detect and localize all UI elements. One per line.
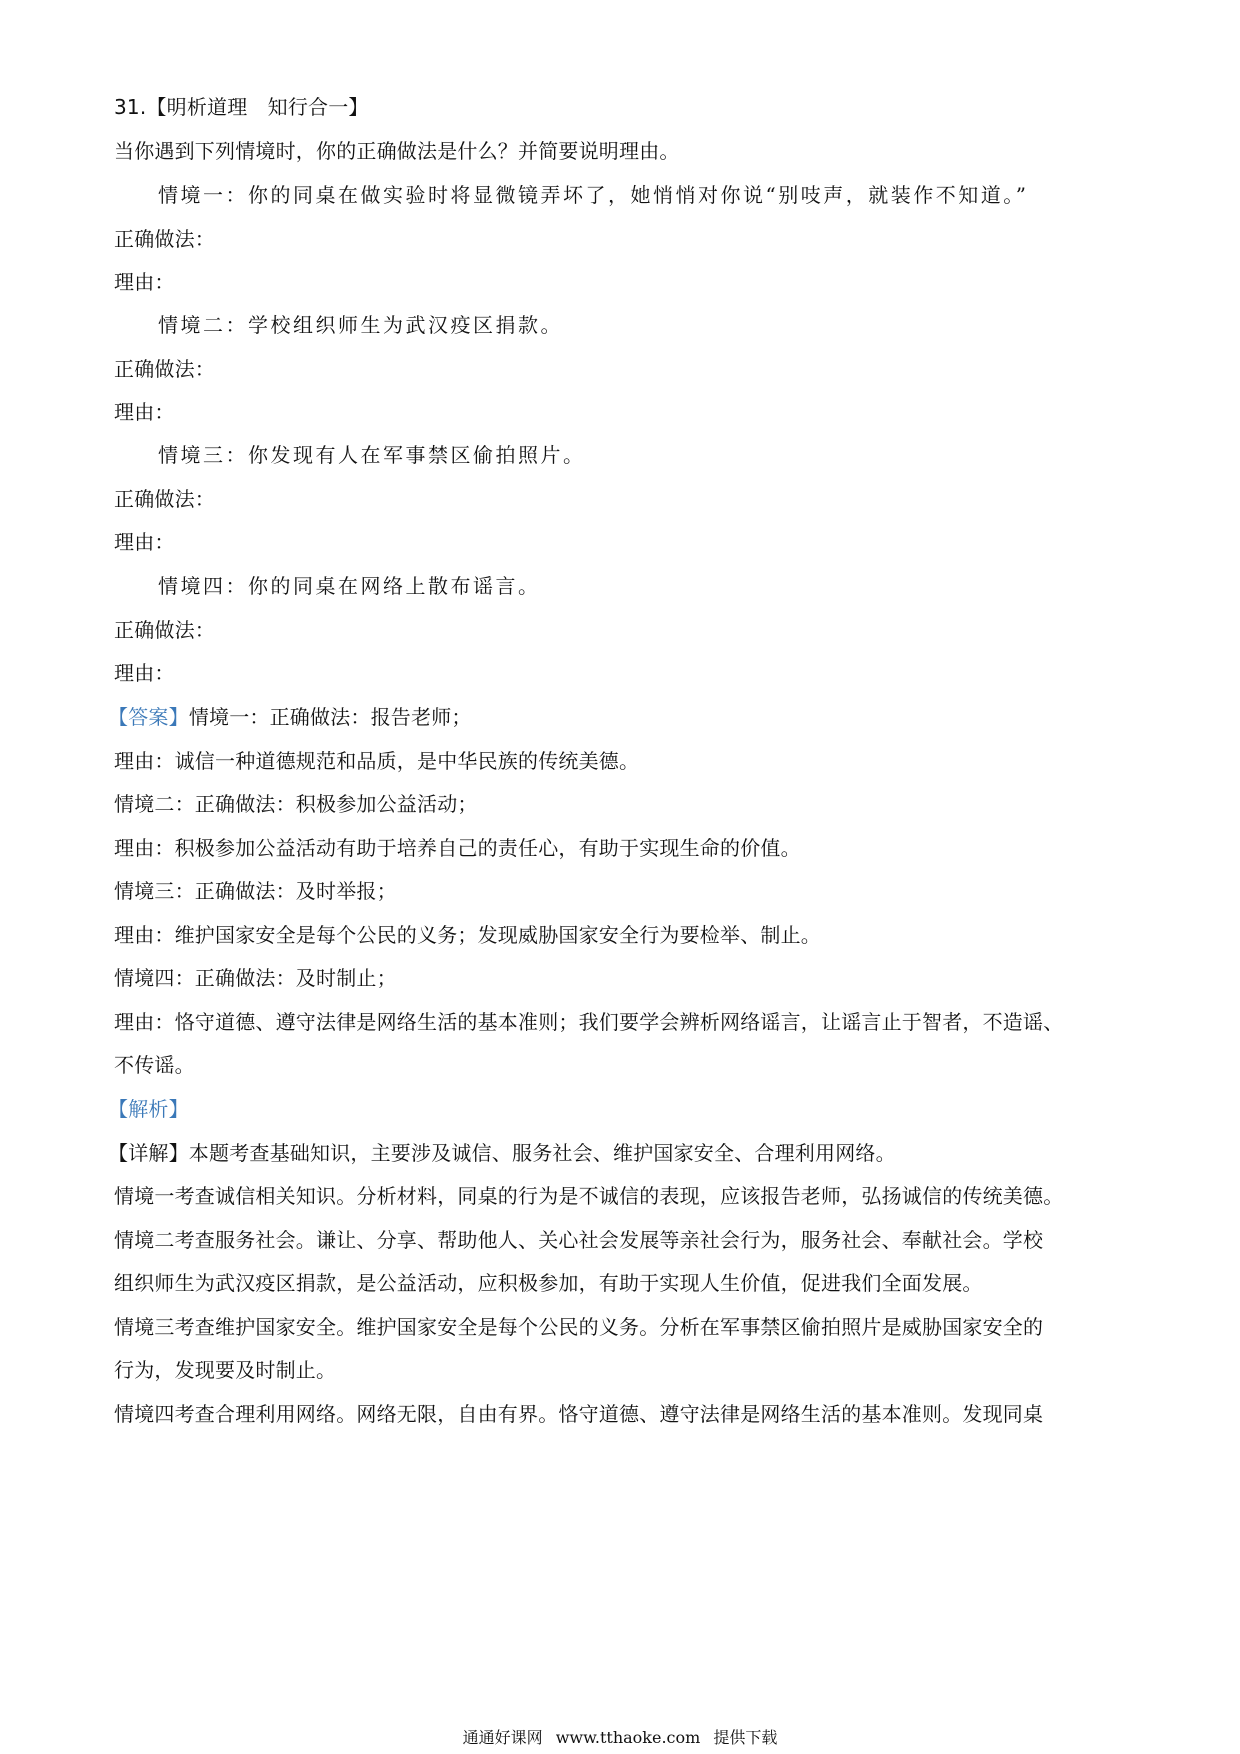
answer-line-2: 理由：诚信一种道德规范和品质，是中华民族的传统美德。 bbox=[114, 747, 639, 775]
scenario-3-reason-label: 理由： bbox=[114, 528, 175, 556]
analysis-line-2: 情境一考查诚信相关知识。分析材料，同桌的行为是不诚信的表现，应该报告老师，弘扬诚… bbox=[114, 1182, 1063, 1210]
scenario-4-text: 情境四：你的同桌在网络上散布谣言。 bbox=[158, 572, 541, 600]
answer-line-3: 情境二：正确做法：积极参加公益活动； bbox=[114, 790, 478, 818]
analysis-line-1: 【详解】本题考查基础知识，主要涉及诚信、服务社会、维护国家安全、合理利用网络。 bbox=[108, 1139, 896, 1167]
scenario-4-practice-label: 正确做法： bbox=[114, 616, 215, 644]
scenario-2-reason-label: 理由： bbox=[114, 398, 175, 426]
answer-line-6: 理由：维护国家安全是每个公民的义务；发现威胁国家安全行为要检举、制止。 bbox=[114, 921, 821, 949]
scenario-3-practice-label: 正确做法： bbox=[114, 485, 215, 513]
analysis-line-3: 情境二考查服务社会。谦让、分享、帮助他人、关心社会发展等亲社会行为，服务社会、奉… bbox=[114, 1226, 1043, 1254]
footer-url[interactable]: www.tthaoke.com bbox=[556, 1728, 701, 1747]
question-prompt: 当你遇到下列情境时，你的正确做法是什么？并简要说明理由。 bbox=[114, 137, 680, 165]
answer-label: 【答案】 bbox=[108, 705, 189, 729]
scenario-4-reason-label: 理由： bbox=[114, 659, 175, 687]
answer-line-4: 理由：积极参加公益活动有助于培养自己的责任心，有助于实现生命的价值。 bbox=[114, 834, 801, 862]
question-header: 31.【明析道理 知行合一】 bbox=[114, 93, 369, 121]
scenario-2-practice-label: 正确做法： bbox=[114, 355, 215, 383]
scenario-1-reason-label: 理由： bbox=[114, 268, 175, 296]
scenario-1-practice-label: 正确做法： bbox=[114, 225, 215, 253]
scenario-3-text: 情境三：你发现有人在军事禁区偷拍照片。 bbox=[158, 441, 586, 469]
question-number: 31. bbox=[114, 95, 146, 119]
analysis-line-4: 组织师生为武汉疫区捐款，是公益活动，应积极参加，有助于实现人生价值，促进我们全面… bbox=[114, 1269, 983, 1297]
analysis-line-5: 情境三考查维护国家安全。维护国家安全是每个公民的义务。分析在军事禁区偷拍照片是威… bbox=[114, 1313, 1043, 1341]
analysis-line-6: 行为，发现要及时制止。 bbox=[114, 1356, 336, 1384]
answer-line-5: 情境三：正确做法：及时举报； bbox=[114, 877, 397, 905]
analysis-line-7: 情境四考查合理利用网络。网络无限，自由有界。恪守道德、遵守法律是网络生活的基本准… bbox=[114, 1400, 1043, 1428]
page-footer: 通通好课网 www.tthaoke.com 提供下载 bbox=[0, 1727, 1240, 1749]
answer-line-1: 【答案】情境一：正确做法：报告老师； bbox=[108, 703, 472, 731]
question-topic: 【明析道理 知行合一】 bbox=[146, 95, 368, 119]
answer-line-9: 不传谣。 bbox=[114, 1051, 195, 1079]
scenario-2-text: 情境二：学校组织师生为武汉疫区捐款。 bbox=[158, 311, 563, 339]
scenario-1-text: 情境一：你的同桌在做实验时将显微镜弄坏了，她悄悄对你说“别吱声，就装作不知道。” bbox=[158, 181, 1028, 209]
answer-line-8: 理由：恪守道德、遵守法律是网络生活的基本准则；我们要学会辨析网络谣言，让谣言止于… bbox=[114, 1008, 1063, 1036]
footer-suffix: 提供下载 bbox=[713, 1728, 777, 1747]
analysis-label: 【解析】 bbox=[108, 1095, 189, 1123]
answer-text: 情境一：正确做法：报告老师； bbox=[189, 705, 472, 729]
answer-line-7: 情境四：正确做法：及时制止； bbox=[114, 964, 397, 992]
footer-site-name: 通通好课网 bbox=[463, 1728, 543, 1747]
